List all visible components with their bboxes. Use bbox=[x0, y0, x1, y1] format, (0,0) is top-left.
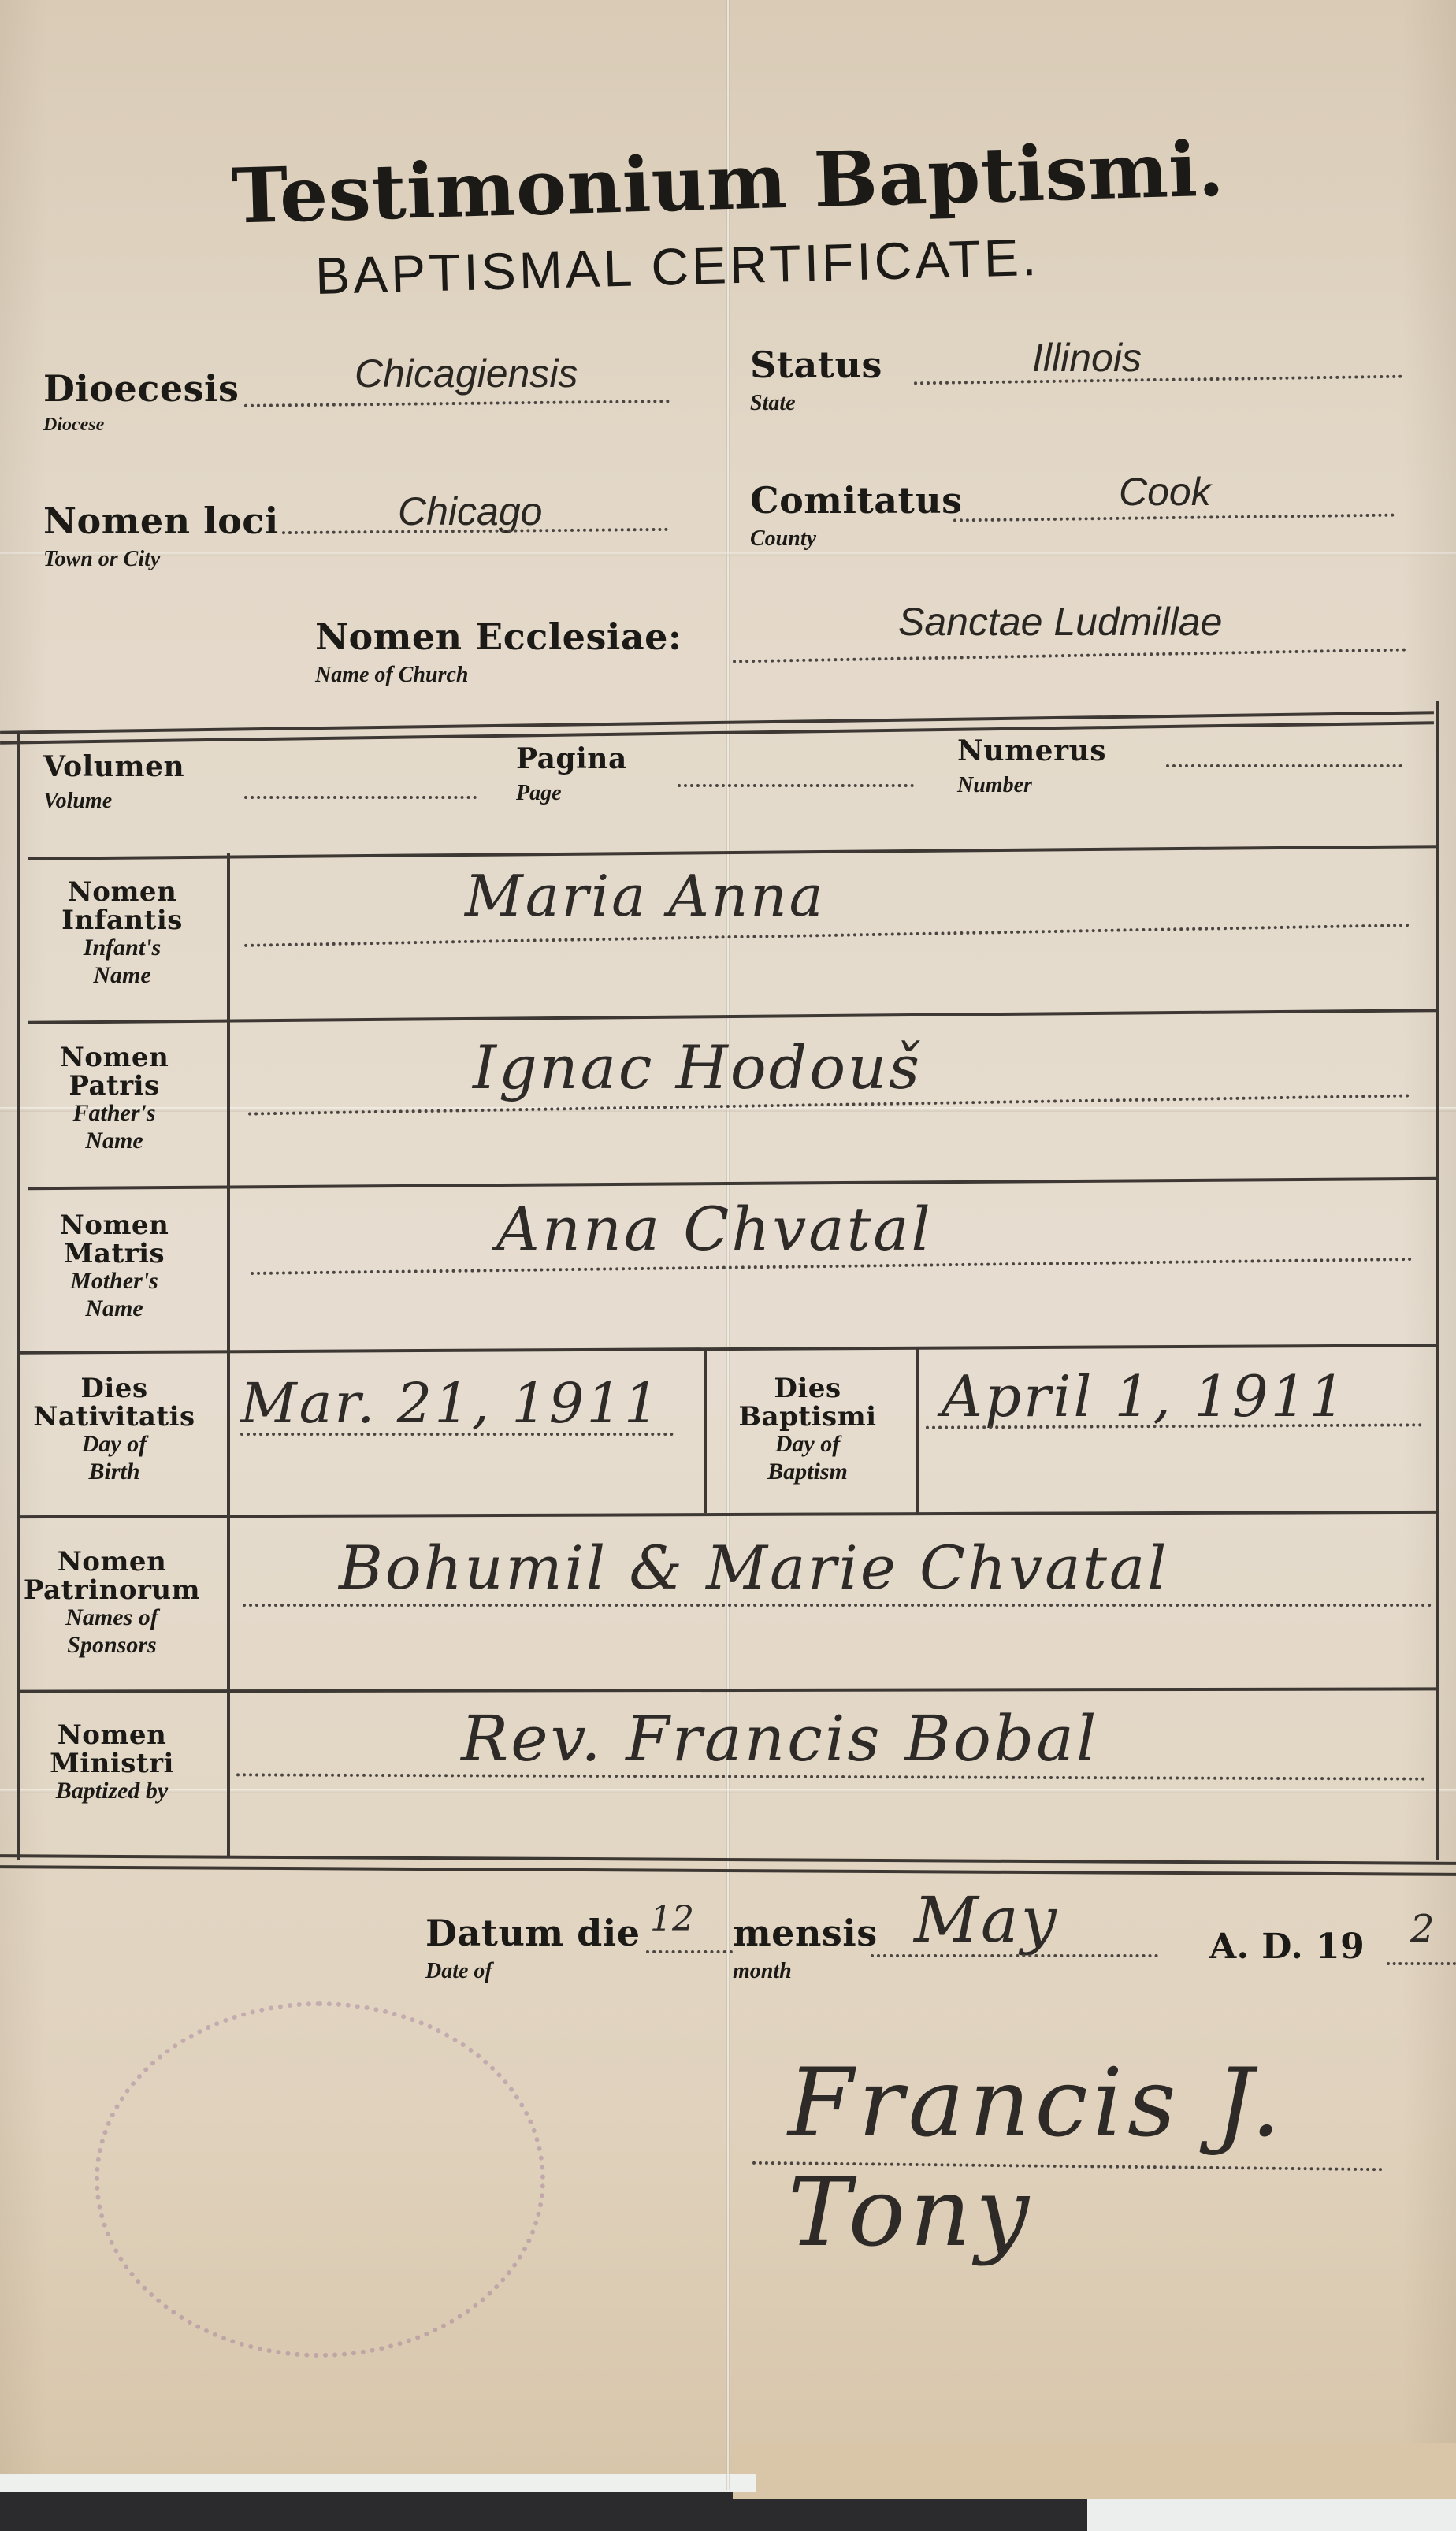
birth-date-value: Mar. 21, 1911 bbox=[240, 1371, 661, 1436]
page-line bbox=[678, 784, 914, 787]
label-column-divider bbox=[227, 853, 230, 1857]
page-label: Pagina Page bbox=[516, 745, 627, 806]
baptism-date-value: April 1, 1911 bbox=[942, 1363, 1347, 1429]
infant-name-value: Maria Anna bbox=[465, 863, 826, 929]
church-label: Nomen Ecclesiae: Name of Church bbox=[315, 619, 682, 688]
day-value: 12 bbox=[650, 1899, 694, 1939]
father-name-value: Ignac Hodouš bbox=[473, 1032, 922, 1102]
birth-label: Dies Nativitatis Day of Birth bbox=[20, 1375, 209, 1485]
town-label: Nomen loci Town or City bbox=[43, 503, 279, 572]
diocese-value: Chicagiensis bbox=[355, 351, 578, 396]
ad-label: A. D. 19 bbox=[1209, 1927, 1365, 1967]
year-value: 2 bbox=[1410, 1907, 1435, 1951]
volume-line bbox=[244, 796, 477, 799]
volume-label: Volumen Volume bbox=[43, 753, 184, 814]
month-value: May bbox=[914, 1883, 1059, 1957]
church-value: Sanctae Ludmillae bbox=[898, 599, 1222, 645]
state-value: Illinois bbox=[1032, 335, 1142, 381]
town-value: Chicago bbox=[398, 489, 542, 534]
county-value: Cook bbox=[1119, 469, 1211, 515]
dates-divider bbox=[704, 1349, 707, 1513]
dates-divider bbox=[916, 1349, 919, 1513]
mother-name-value: Anna Chvatal bbox=[496, 1194, 933, 1264]
father-label: Nomen Patris Father's Name bbox=[20, 1044, 209, 1154]
backing-sheet-corner bbox=[1087, 2499, 1456, 2531]
mother-label: Nomen Matris Mother's Name bbox=[20, 1212, 209, 1322]
year-line bbox=[1387, 1962, 1456, 1965]
minister-value: Rev. Francis Bobal bbox=[461, 1702, 1098, 1775]
horizontal-fold bbox=[0, 1789, 1456, 1793]
sponsors-value: Bohumil & Marie Chvatal bbox=[339, 1533, 1169, 1603]
parish-seal-stamp bbox=[95, 2001, 545, 2358]
number-line bbox=[1166, 764, 1402, 767]
infant-label: Nomen Infantis Infant's Name bbox=[28, 879, 217, 989]
datum-label: Datum die Date of bbox=[425, 1915, 640, 1984]
diocese-label: Dioecesis Diocese bbox=[43, 370, 239, 436]
sponsors-line bbox=[243, 1604, 1432, 1607]
sponsors-label: Nomen Patrinorum Names of Sponsors bbox=[17, 1548, 206, 1659]
birth-line bbox=[240, 1433, 674, 1436]
county-label: Comitatus County bbox=[750, 482, 963, 552]
number-label: Numerus Number bbox=[957, 737, 1106, 798]
pastor-signature: Francis J. Tony bbox=[788, 2049, 1456, 2268]
table-right-border bbox=[1436, 701, 1439, 1860]
minister-label: Nomen Ministri Baptized by bbox=[17, 1722, 206, 1805]
day-line bbox=[646, 1950, 733, 1953]
paper-edge bbox=[733, 2443, 1456, 2499]
state-label: Status State bbox=[750, 347, 882, 416]
baptism-label: Dies Baptismi Day of Baptism bbox=[713, 1375, 902, 1485]
mensis-label: mensis month bbox=[733, 1915, 878, 1984]
month-line bbox=[871, 1954, 1158, 1957]
backing-sheet bbox=[0, 2474, 756, 2492]
